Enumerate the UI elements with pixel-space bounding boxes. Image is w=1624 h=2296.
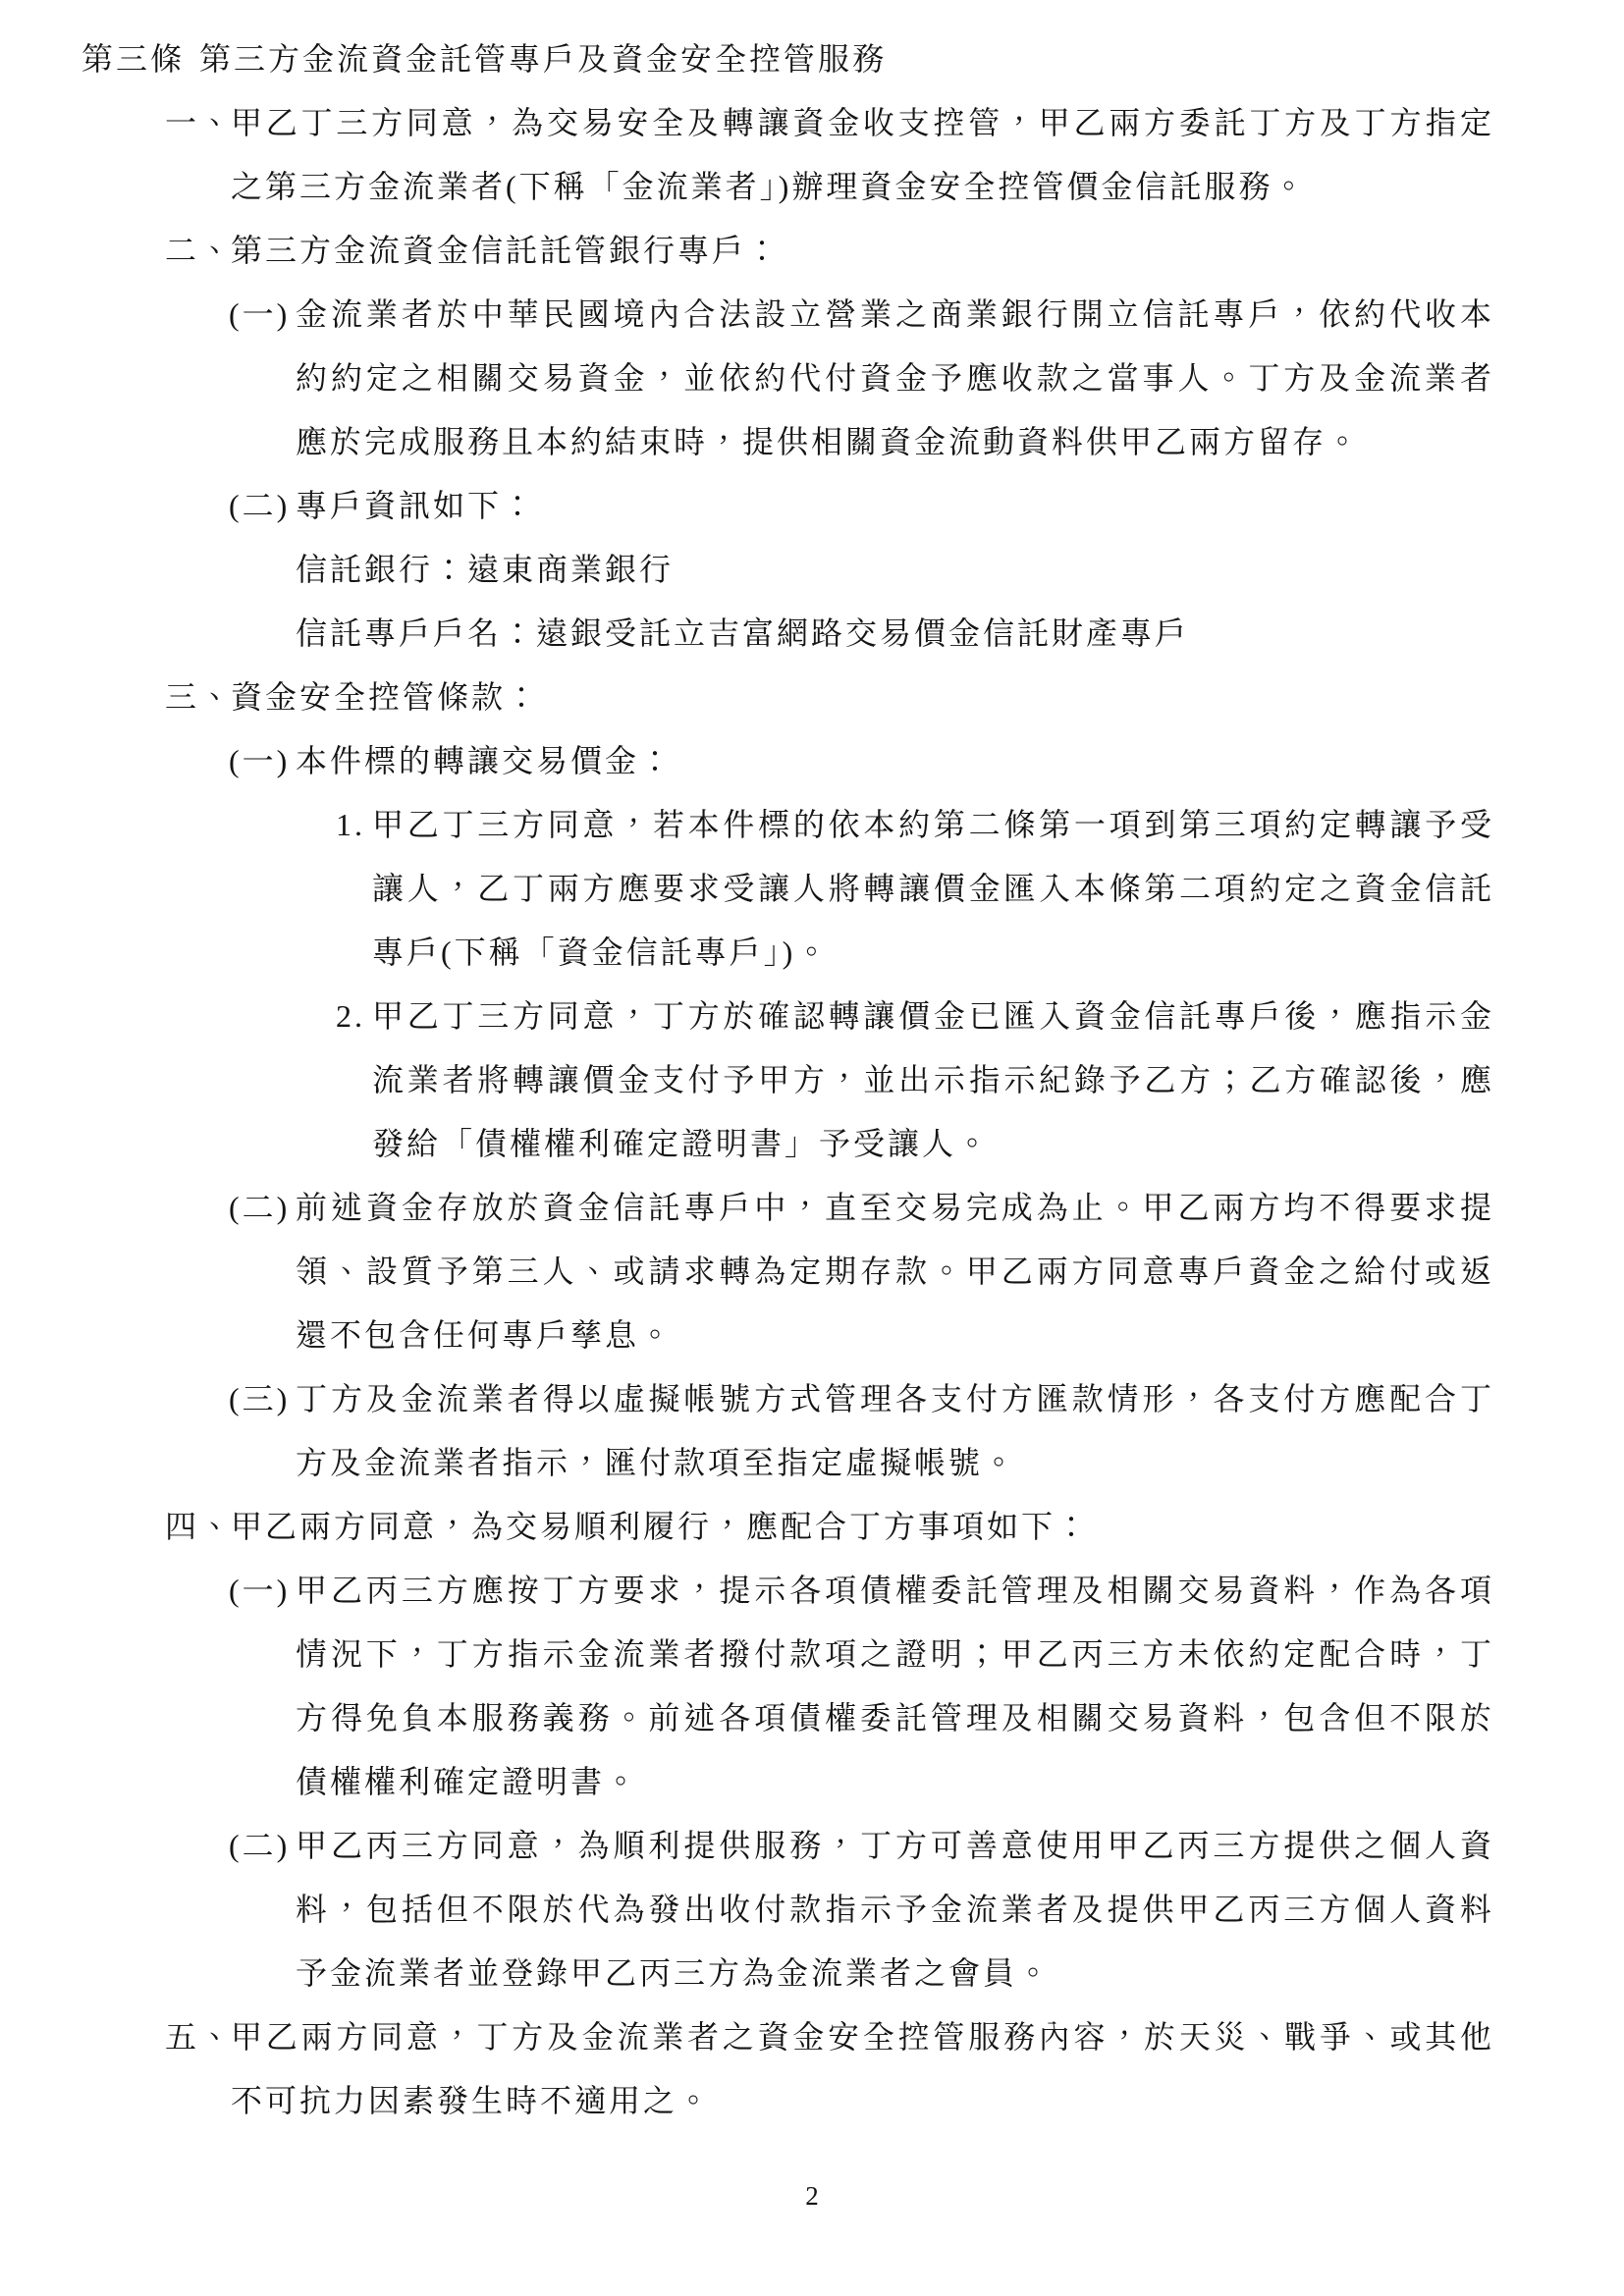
clause-4-text: 甲乙兩方同意，為交易順利履行，應配合丁方事項如下： [231, 1509, 1090, 1544]
clause-4: 四、 甲乙兩方同意，為交易順利履行，應配合丁方事項如下： [81, 1495, 1494, 1559]
subclause-2-1-text: 金流業者於中華民國境內合法設立營業之商業銀行開立信託專戶，依約代收本約約定之相關… [296, 296, 1494, 459]
item-3-1-2-marker: 2. [336, 985, 365, 1048]
subclause-3-1: (一) 本件標的轉讓交易價金： [81, 729, 1494, 793]
trust-bank-line: 信託銀行：遠東商業銀行 [81, 538, 1494, 602]
subclause-4-2: (二) 甲乙丙三方同意，為順利提供服務，丁方可善意使用甲乙丙三方提供之個人資料，… [81, 1814, 1494, 2005]
clause-2-marker: 二、 [165, 219, 234, 283]
subclause-3-1-marker: (一) [229, 729, 290, 793]
article-heading: 第三條 第三方金流資金託管專戶及資金安全控管服務 [81, 27, 1494, 91]
article-title: 第三方金流資金託管專戶及資金安全控管服務 [199, 41, 887, 77]
clause-5-marker: 五、 [165, 2005, 234, 2069]
subclause-2-1-marker: (一) [229, 283, 290, 347]
subclause-3-3-marker: (三) [229, 1367, 290, 1431]
subclause-4-1-text: 甲乙丙三方應按丁方要求，提示各項債權委託管理及相關交易資料，作為各項情況下，丁方… [296, 1573, 1494, 1799]
subclause-3-1-text: 本件標的轉讓交易價金： [296, 743, 674, 778]
subclause-2-1: (一) 金流業者於中華民國境內合法設立營業之商業銀行開立信託專戶，依約代收本約約… [81, 283, 1494, 474]
document-page: 第三條 第三方金流資金託管專戶及資金安全控管服務 一、 甲乙丁三方同意，為交易安… [0, 0, 1624, 2296]
item-3-1-2-text: 甲乙丁三方同意，丁方於確認轉讓價金已匯入資金信託專戶後，應指示金流業者將轉讓價金… [372, 998, 1494, 1161]
subclause-3-2: (二) 前述資金存放於資金信託專戶中，直至交易完成為止。甲乙兩方均不得要求提領、… [81, 1176, 1494, 1367]
clause-3: 三、 資金安全控管條款： [81, 666, 1494, 729]
item-3-1-1-text: 甲乙丁三方同意，若本件標的依本約第二條第一項到第三項約定轉讓予受讓人，乙丁兩方應… [372, 807, 1494, 970]
subclause-4-2-text: 甲乙丙三方同意，為順利提供服務，丁方可善意使用甲乙丙三方提供之個人資料，包括但不… [296, 1828, 1494, 1991]
subclause-3-3: (三) 丁方及金流業者得以虛擬帳號方式管理各支付方匯款情形，各支付方應配合丁方及… [81, 1367, 1494, 1495]
trust-bank-text: 信託銀行：遠東商業銀行 [296, 552, 674, 587]
subclause-3-3-text: 丁方及金流業者得以虛擬帳號方式管理各支付方匯款情形，各支付方應配合丁方及金流業者… [296, 1381, 1494, 1480]
subclause-2-2-text: 專戶資訊如下： [296, 488, 536, 523]
clause-2-text: 第三方金流資金信託託管銀行專戶： [231, 233, 781, 268]
subclause-4-1: (一) 甲乙丙三方應按丁方要求，提示各項債權委託管理及相關交易資料，作為各項情況… [81, 1559, 1494, 1814]
subclause-4-2-marker: (二) [229, 1814, 290, 1878]
clause-2: 二、 第三方金流資金信託託管銀行專戶： [81, 219, 1494, 283]
clause-1: 一、 甲乙丁三方同意，為交易安全及轉讓資金收支控管，甲乙兩方委託丁方及丁方指定之… [81, 91, 1494, 219]
subclause-2-2: (二) 專戶資訊如下： [81, 474, 1494, 538]
subclause-3-2-text: 前述資金存放於資金信託專戶中，直至交易完成為止。甲乙兩方均不得要求提領、設質予第… [296, 1190, 1494, 1353]
clause-1-text: 甲乙丁三方同意，為交易安全及轉讓資金收支控管，甲乙兩方委託丁方及丁方指定之第三方… [231, 105, 1494, 204]
clause-4-marker: 四、 [165, 1495, 234, 1559]
page-number: 2 [0, 2181, 1624, 2212]
trust-account-text: 信託專戶戶名：遠銀受託立吉富網路交易價金信託財產專戶 [296, 615, 1189, 651]
subclause-3-2-marker: (二) [229, 1176, 290, 1240]
item-3-1-1: 1. 甲乙丁三方同意，若本件標的依本約第二條第一項到第三項約定轉讓予受讓人，乙丁… [81, 793, 1494, 985]
item-3-1-1-marker: 1. [336, 793, 365, 857]
clause-1-marker: 一、 [165, 91, 234, 155]
clause-5: 五、 甲乙兩方同意，丁方及金流業者之資金安全控管服務內容，於天災、戰爭、或其他不… [81, 2005, 1494, 2133]
subclause-2-2-marker: (二) [229, 474, 290, 538]
clause-3-text: 資金安全控管條款： [231, 679, 540, 715]
trust-account-line: 信託專戶戶名：遠銀受託立吉富網路交易價金信託財產專戶 [81, 602, 1494, 666]
item-3-1-2: 2. 甲乙丁三方同意，丁方於確認轉讓價金已匯入資金信託專戶後，應指示金流業者將轉… [81, 985, 1494, 1176]
subclause-4-1-marker: (一) [229, 1559, 290, 1623]
article-number: 第三條 [81, 27, 185, 91]
clause-3-marker: 三、 [165, 666, 234, 729]
clause-5-text: 甲乙兩方同意，丁方及金流業者之資金安全控管服務內容，於天災、戰爭、或其他不可抗力… [231, 2019, 1494, 2118]
